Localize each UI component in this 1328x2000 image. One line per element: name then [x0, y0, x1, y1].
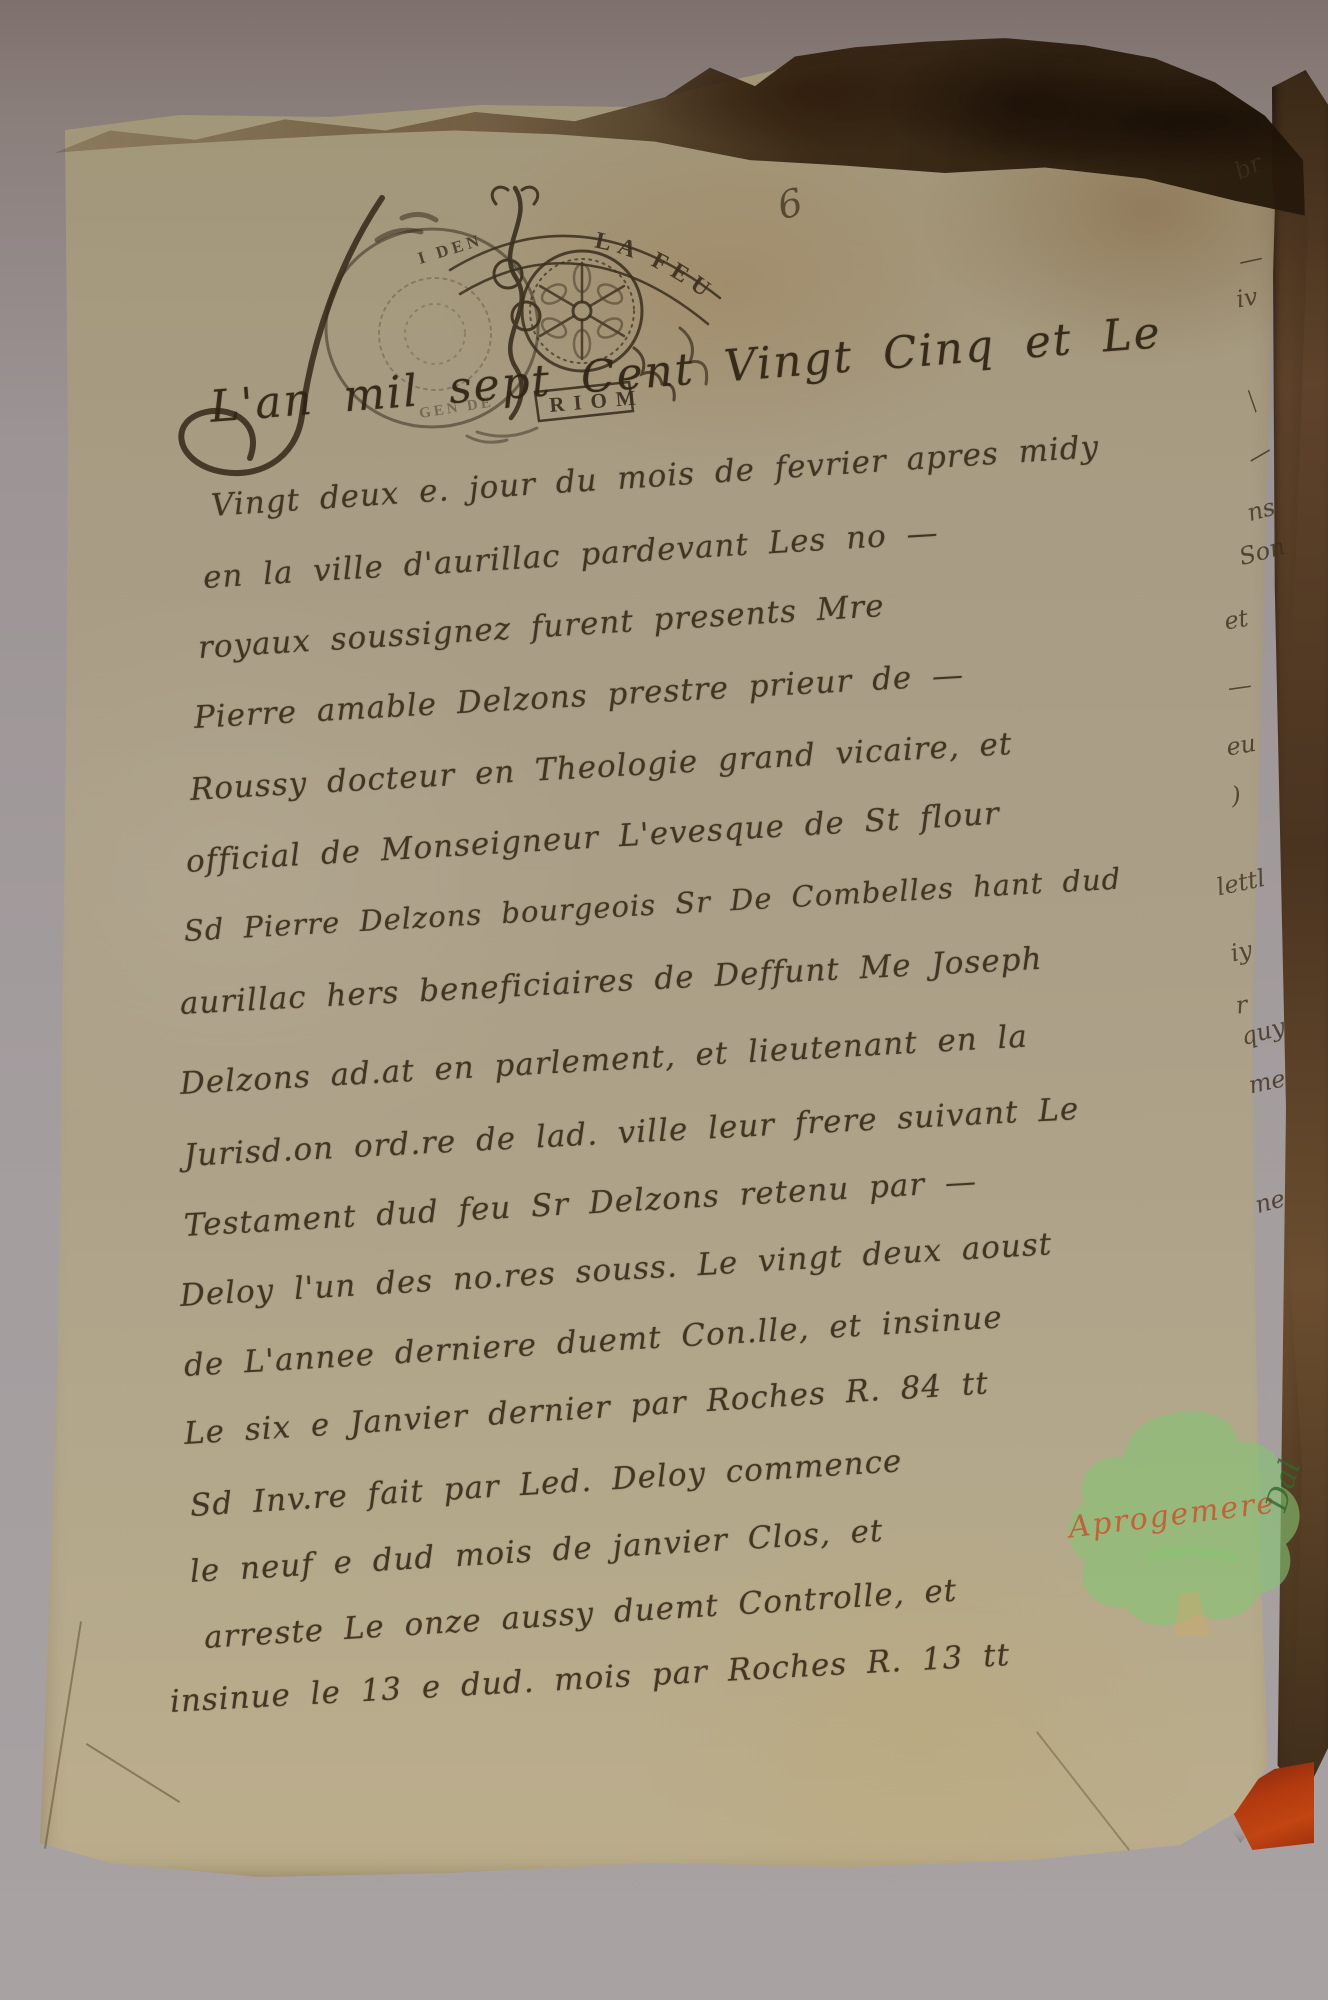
page-edge-fragment: eu — [1224, 729, 1258, 762]
stamp-denomination-text: I DEN — [416, 230, 485, 268]
page-edge-fragment: iv — [1234, 282, 1260, 313]
photograph: LA FEUILLE I DEN RIOM GEN DE 6 L'an mil … — [0, 0, 1328, 2000]
calligraphic-initial — [130, 190, 410, 510]
page-edge-fragment: me — [1246, 1064, 1288, 1099]
page-edge-fragment: — — [1226, 671, 1254, 702]
page-edge-fragment: et — [1222, 604, 1250, 636]
